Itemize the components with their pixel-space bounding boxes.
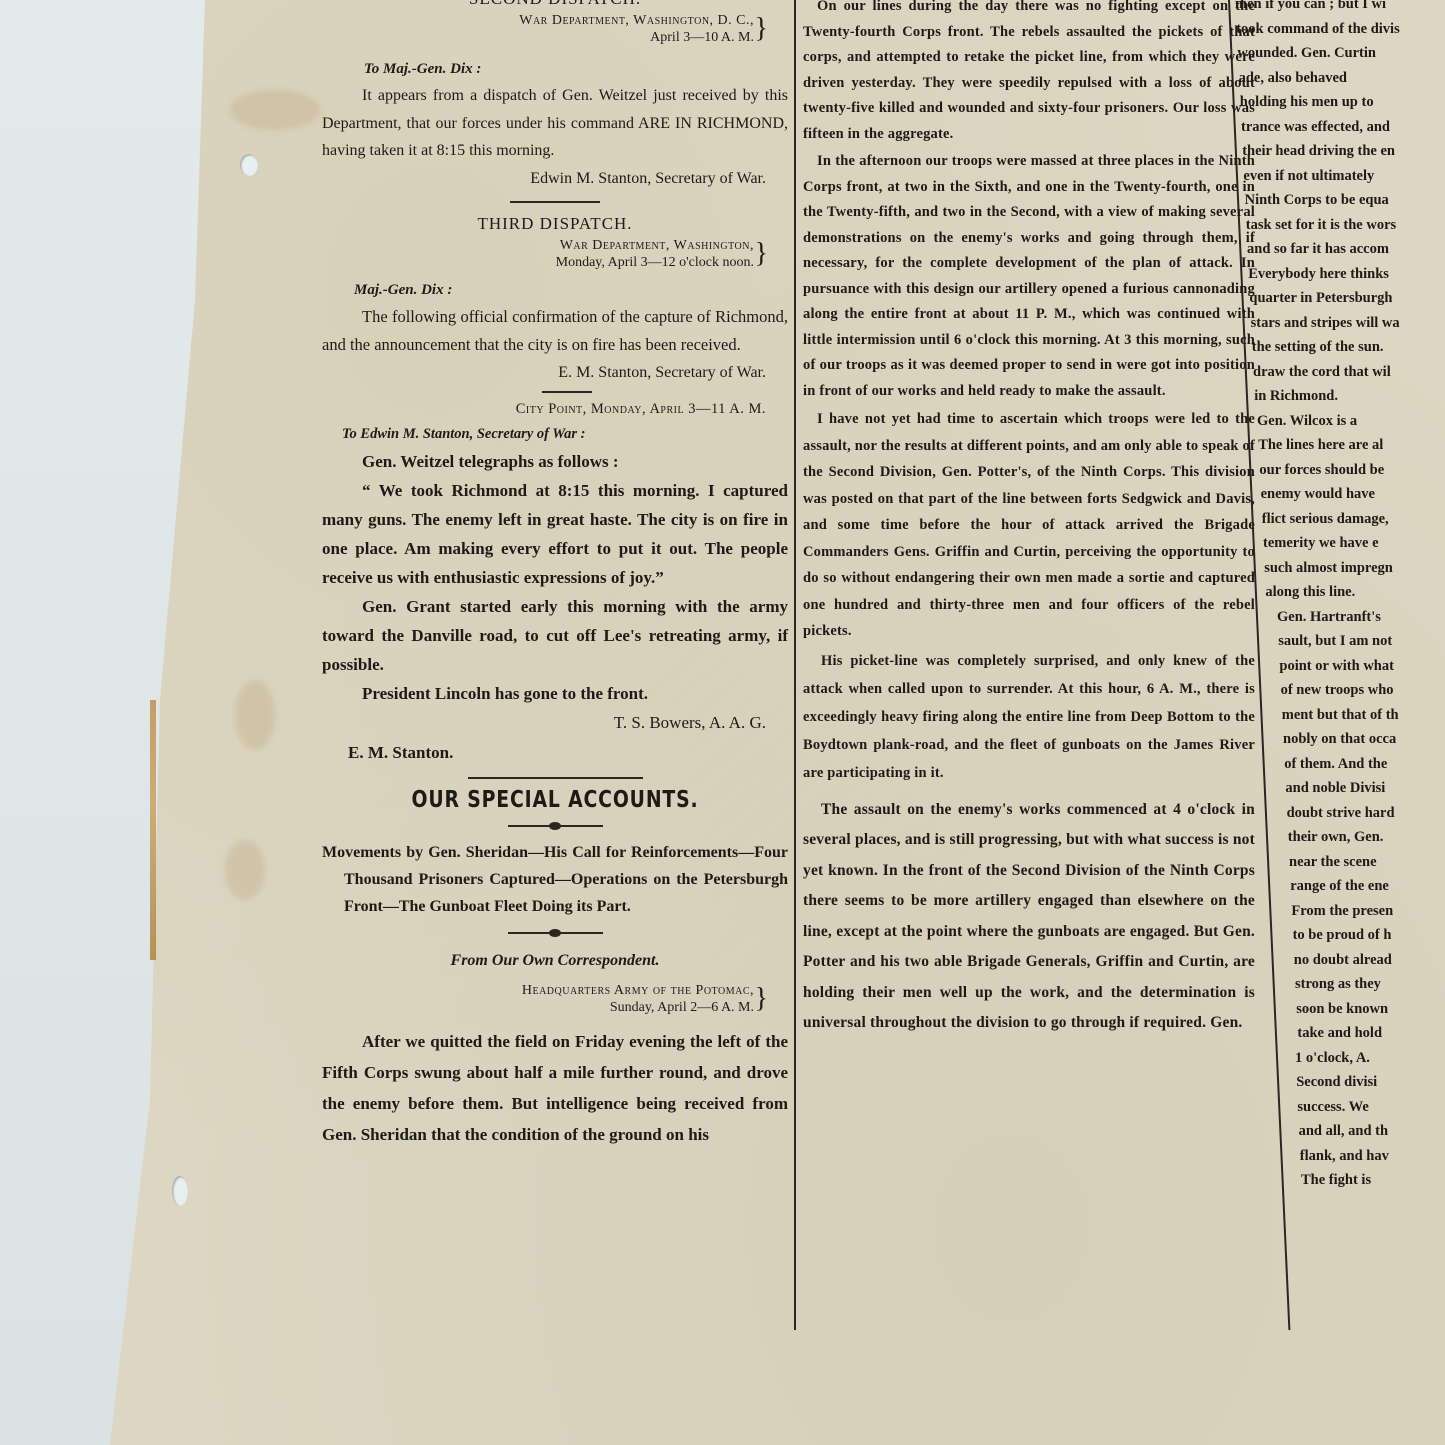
right-column-line: of new troops who	[1277, 678, 1445, 703]
section-rule	[468, 777, 643, 779]
right-column-block: Gen. Wilcox is aThe lines here are alour…	[1235, 409, 1445, 605]
right-column-line: their own, Gen.	[1277, 825, 1445, 850]
right-column-line: The lines here are al	[1257, 433, 1445, 458]
middle-paragraph: The assault on the enemy's works commenc…	[803, 795, 1255, 1039]
byline: From Our Own Correspondent.	[322, 946, 788, 976]
dateline-line-1: Headquarters Army of the Potomac,	[322, 982, 754, 999]
right-column-line: Ninth Corps to be equa	[1235, 188, 1445, 213]
section-rule	[510, 201, 600, 203]
ornamental-rule	[508, 825, 603, 827]
brace-icon: }	[755, 984, 768, 1014]
middle-column: On our lines during the day there was no…	[803, 0, 1255, 1039]
middle-paragraph: In the afternoon our troops were massed …	[803, 149, 1255, 404]
stanton-signature: E. M. Stanton.	[322, 738, 788, 767]
right-column-block: men if you can ; but I witook command of…	[1235, 0, 1445, 409]
right-column-line: From the presen	[1277, 899, 1445, 924]
right-column-line: and all, and th	[1295, 1119, 1445, 1144]
right-column-line: ade, also behaved	[1235, 66, 1445, 91]
right-column-line: Everybody here thinks	[1235, 262, 1445, 287]
headquarters-dateline: Headquarters Army of the Potomac, Sunday…	[322, 982, 788, 1016]
right-column-line: wounded. Gen. Curtin	[1235, 41, 1445, 66]
third-dispatch-body: The following official confirmation of t…	[322, 303, 788, 359]
right-column: men if you can ; but I witook command of…	[1235, 0, 1445, 1193]
paper-edge-stain	[150, 700, 156, 960]
special-accounts-heading: OUR SPECIAL ACCOUNTS.	[364, 787, 746, 813]
brace-icon: }	[755, 14, 768, 44]
salutation: Maj.-Gen. Dix :	[322, 277, 788, 303]
right-column-line: 1 o'clock, A.	[1295, 1046, 1445, 1071]
right-column-line: soon be known	[1277, 997, 1445, 1022]
right-column-line: in Richmond.	[1235, 384, 1445, 409]
right-column-line: and so far it has accom	[1235, 237, 1445, 262]
right-column-line: their head driving the en	[1235, 139, 1445, 164]
right-column-line: even if not ultimately	[1235, 164, 1445, 189]
right-column-line: along this line.	[1257, 580, 1445, 605]
right-column-line: no doubt alread	[1277, 948, 1445, 973]
weitzel-telegram: “ We took Richmond at 8:15 this morning.…	[322, 476, 788, 592]
right-column-line: near the scene	[1277, 850, 1445, 875]
right-column-line: success. We	[1295, 1095, 1445, 1120]
third-dispatch-dateline: War Department, Washington, Monday, Apri…	[322, 237, 788, 271]
second-dispatch-heading: SECOND DISPATCH.	[322, 0, 788, 12]
second-dispatch-dateline: War Department, Washington, D. C., April…	[322, 12, 788, 46]
right-column-line: range of the ene	[1277, 874, 1445, 899]
middle-paragraph: His picket-line was completely surprised…	[803, 647, 1255, 787]
right-column-line: to be proud of h	[1277, 923, 1445, 948]
right-column-line: task set for it is the wors	[1235, 213, 1445, 238]
dateline-line-2: April 3—10 A. M.	[322, 29, 754, 46]
column-divider	[794, 0, 796, 1330]
right-column-line: sault, but I am not	[1277, 629, 1445, 654]
right-column-line: of them. And the	[1277, 752, 1445, 777]
right-column-line: the setting of the sun.	[1235, 335, 1445, 360]
right-column-line: Gen. Wilcox is a	[1257, 409, 1445, 434]
dateline-line-2: Monday, April 3—12 o'clock noon.	[322, 254, 754, 271]
section-rule	[542, 391, 592, 393]
salutation: To Edwin M. Stanton, Secretary of War :	[322, 421, 788, 447]
salutation: To Maj.-Gen. Dix :	[322, 56, 788, 82]
right-column-block: Gen. Hartranft'ssault, but I am notpoint…	[1235, 605, 1445, 1046]
left-column: SECOND DISPATCH. War Department, Washing…	[322, 0, 788, 1150]
city-point-para-4: President Lincoln has gone to the front.	[322, 679, 788, 708]
right-column-line: such almost impregn	[1257, 556, 1445, 581]
special-accounts-subheads: Movements by Gen. Sheridan—His Call for …	[322, 839, 788, 920]
foxing-stain	[230, 90, 320, 130]
right-column-line: ment but that of th	[1277, 703, 1445, 728]
dateline-line-1: War Department, Washington, D. C.,	[322, 12, 754, 29]
third-dispatch-heading: THIRD DISPATCH.	[322, 211, 788, 237]
foxing-stain	[225, 840, 265, 900]
ornamental-rule	[508, 932, 603, 934]
right-column-line: The fight is	[1295, 1168, 1445, 1193]
third-dispatch-signature: E. M. Stanton, Secretary of War.	[322, 359, 788, 387]
right-column-line: strong as they	[1277, 972, 1445, 997]
right-column-line: draw the cord that wil	[1235, 360, 1445, 385]
city-point-para-1: Gen. Weitzel telegraphs as follows :	[322, 447, 788, 476]
dateline-line-2: Sunday, April 2—6 A. M.	[322, 999, 754, 1016]
middle-paragraph: On our lines during the day there was no…	[803, 0, 1255, 147]
right-column-line: point or with what	[1277, 654, 1445, 679]
right-column-block: 1 o'clock, A.Second divisisuccess. Weand…	[1235, 1046, 1445, 1193]
right-column-line: enemy would have	[1257, 482, 1445, 507]
foxing-stain	[235, 680, 275, 750]
right-column-line: doubt strive hard	[1277, 801, 1445, 826]
punch-hole	[172, 1176, 188, 1206]
brace-icon: }	[755, 239, 768, 269]
right-column-line: take and hold	[1277, 1021, 1445, 1046]
right-column-line: flict serious damage,	[1257, 507, 1445, 532]
right-column-line: flank, and hav	[1295, 1144, 1445, 1169]
second-dispatch-signature: Edwin M. Stanton, Secretary of War.	[322, 165, 788, 193]
right-column-line: quarter in Petersburgh	[1235, 286, 1445, 311]
right-column-line: Second divisi	[1295, 1070, 1445, 1095]
dateline-line-1: War Department, Washington,	[322, 237, 754, 254]
right-column-line: trance was effected, and	[1235, 115, 1445, 140]
right-column-line: took command of the divis	[1235, 17, 1445, 42]
right-column-line: nobly on that occa	[1277, 727, 1445, 752]
middle-paragraph: I have not yet had time to ascertain whi…	[803, 406, 1255, 645]
bowers-signature: T. S. Bowers, A. A. G.	[322, 708, 788, 738]
right-column-line: and noble Divisi	[1277, 776, 1445, 801]
right-column-line: temerity we have e	[1257, 531, 1445, 556]
punch-hole	[240, 154, 258, 176]
city-point-dateline: City Point, Monday, April 3—11 A. M.	[322, 397, 788, 421]
special-accounts-body: After we quitted the field on Friday eve…	[322, 1026, 788, 1150]
right-column-line: Gen. Hartranft's	[1277, 605, 1445, 630]
city-point-para-3: Gen. Grant started early this morning wi…	[322, 592, 788, 679]
second-dispatch-body: It appears from a dispatch of Gen. Weitz…	[322, 82, 788, 165]
right-column-line: men if you can ; but I wi	[1235, 0, 1445, 17]
right-column-line: holding his men up to	[1235, 90, 1445, 115]
right-column-line: our forces should be	[1257, 458, 1445, 483]
right-column-line: stars and stripes will wa	[1235, 311, 1445, 336]
